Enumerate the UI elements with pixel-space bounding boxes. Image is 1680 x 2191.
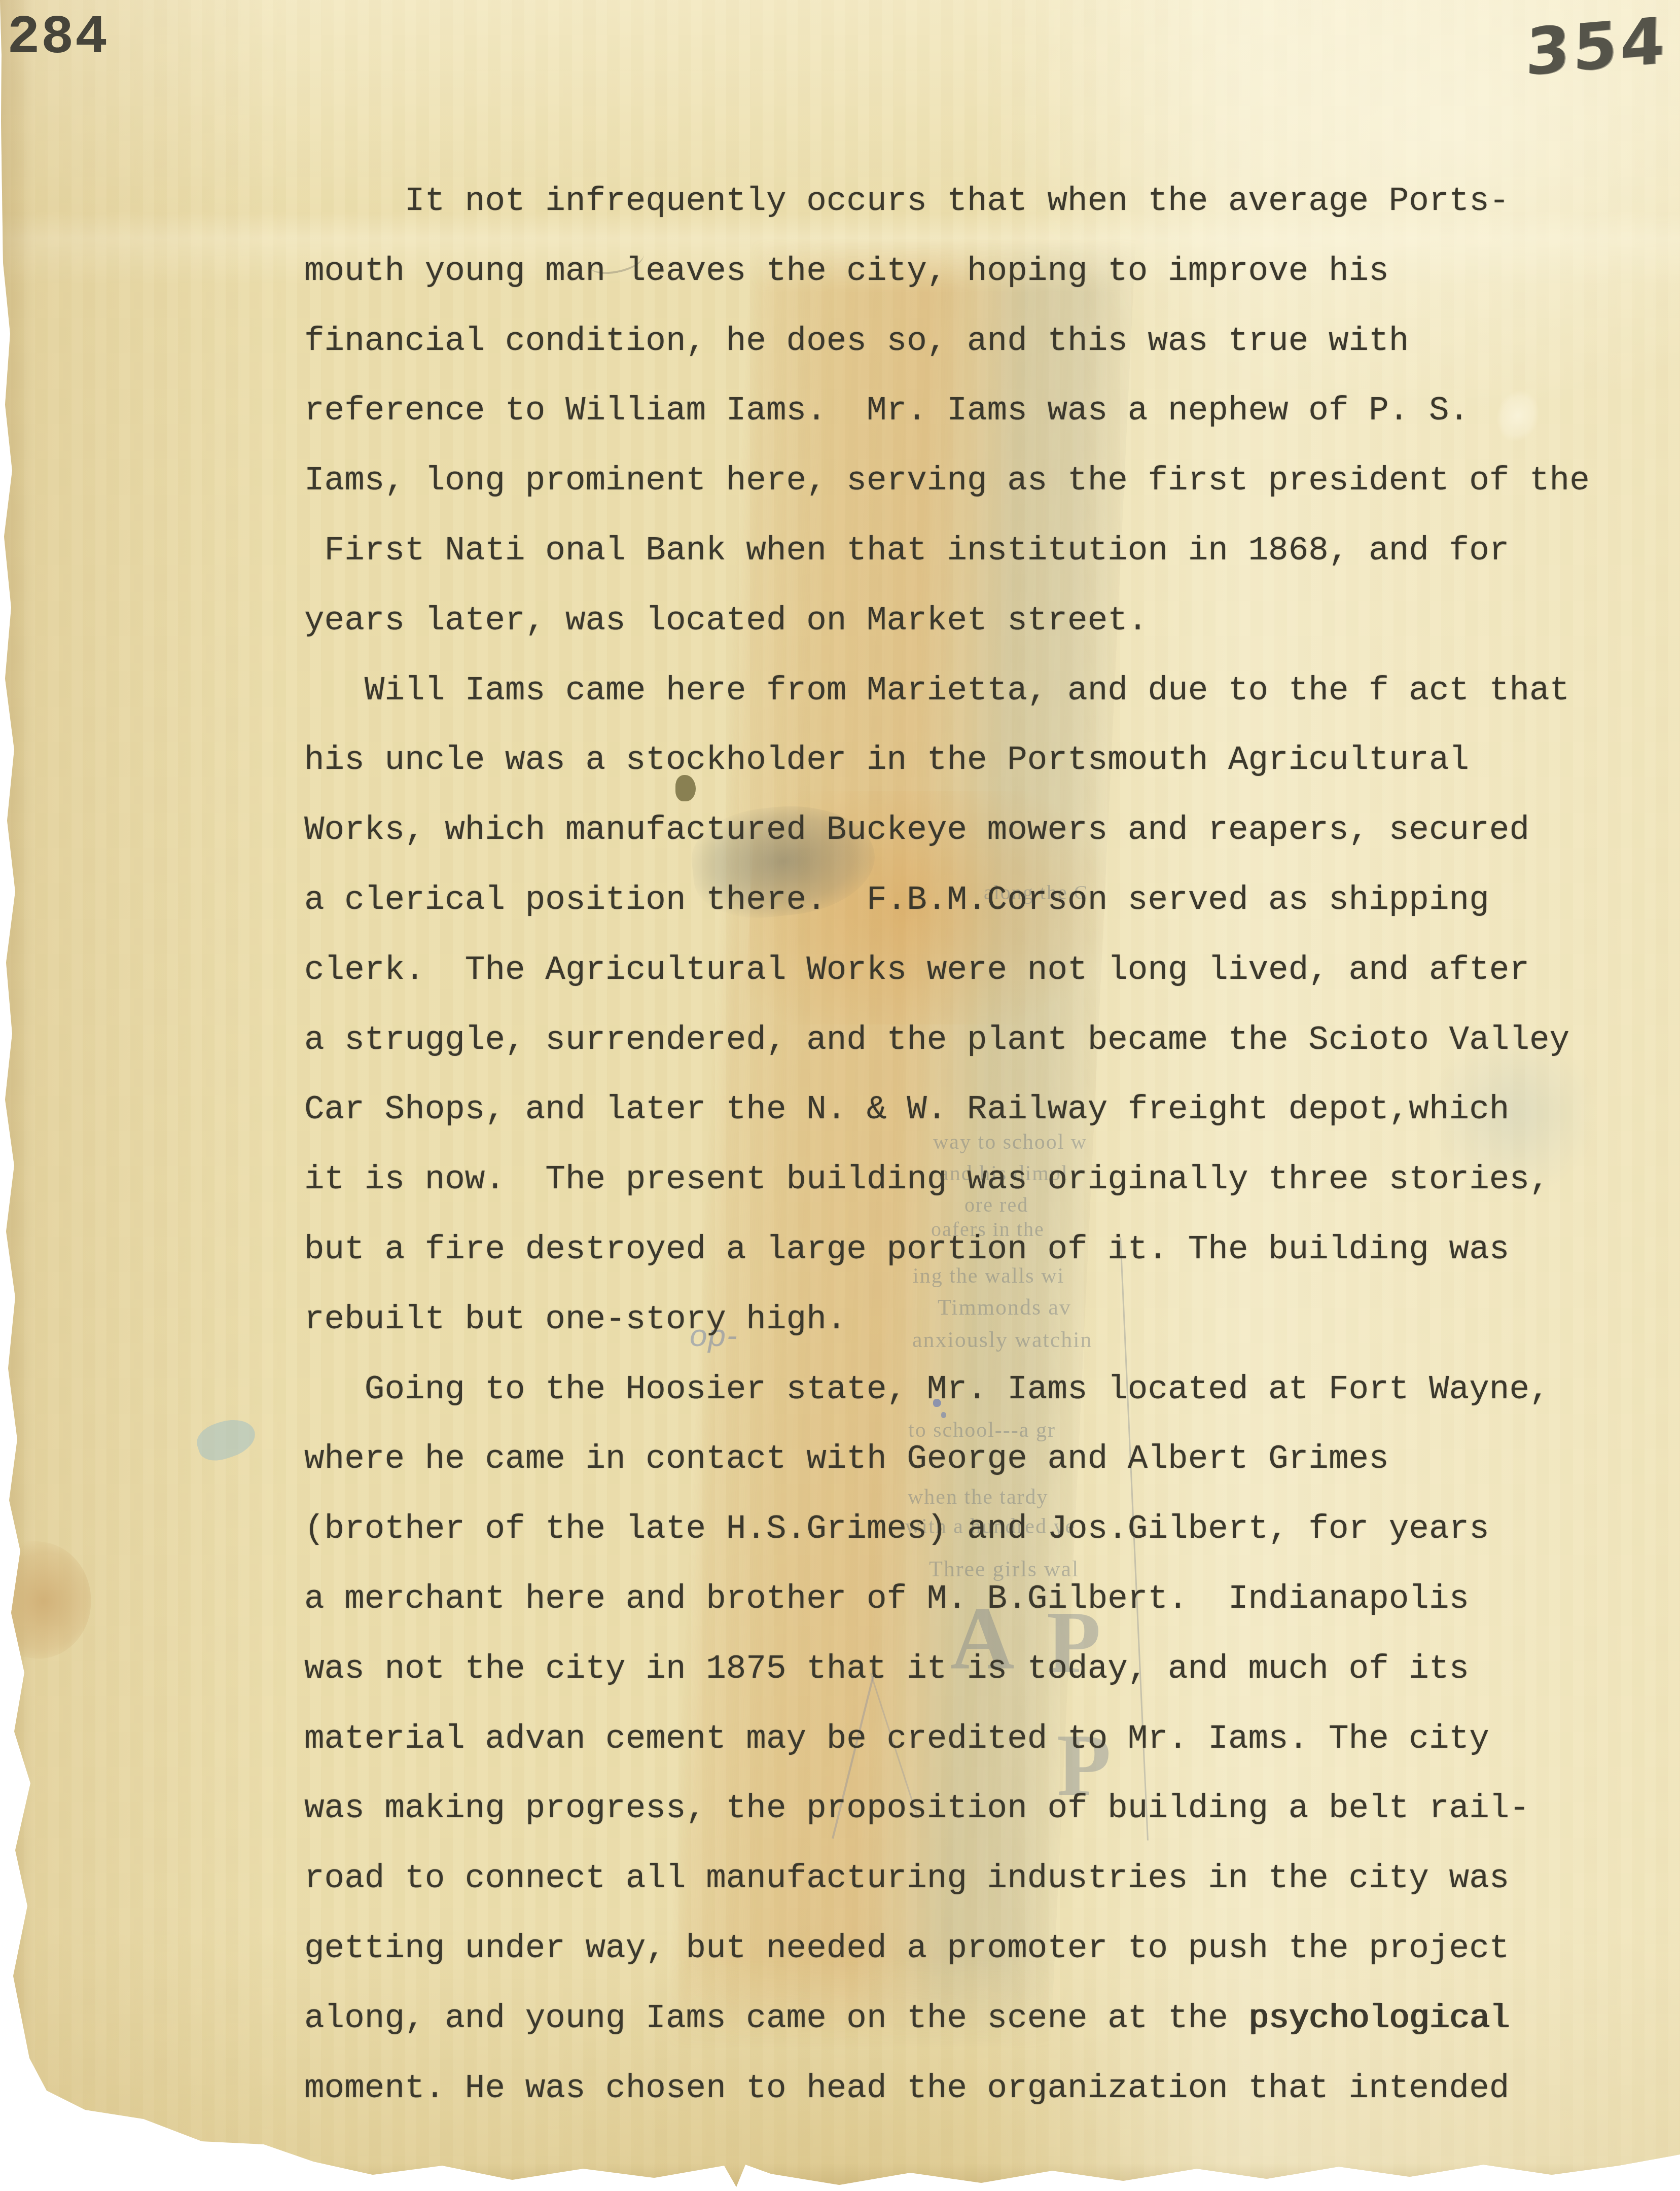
scanned-manuscript-page: along the Cway to school wand his dimplo…: [0, 0, 1680, 2191]
typed-line: along, and young Iams came on the scene …: [304, 1984, 1590, 2054]
printed-page-number: 284: [7, 7, 109, 69]
typed-line: moment. He was chosen to head the organi…: [304, 2054, 1590, 2124]
typed-line: was not the city in 1875 that it is toda…: [304, 1634, 1590, 1704]
typed-line: Works, which manufactured Buckeye mowers…: [304, 795, 1590, 865]
typed-line: Car Shops, and later the N. & W. Railway…: [304, 1075, 1590, 1145]
typed-line: a clerical position there. F.B.M.Corson …: [304, 865, 1590, 935]
typed-line: reference to William Iams. Mr. Iams was …: [304, 376, 1590, 446]
typed-line: a struggle, surrendered, and the plant b…: [304, 1005, 1590, 1075]
typed-line: material advan cement may be credited to…: [304, 1704, 1590, 1774]
typed-line: financial condition, he does so, and thi…: [304, 306, 1590, 376]
typed-line: It not infrequently occurs that when the…: [304, 166, 1590, 236]
typed-line: it is now. The present building was orig…: [304, 1145, 1590, 1215]
torn-edge-shading-left: [0, 0, 35, 2191]
typed-line: was making progress, the proposition of …: [304, 1774, 1590, 1844]
tan-blob-left-edge: [0, 1535, 99, 1666]
typed-line: his uncle was a stockholder in the Ports…: [304, 725, 1590, 795]
typed-line: Will Iams came here from Marietta, and d…: [304, 656, 1590, 726]
typed-line: mouth young man leaves the city, hoping …: [304, 236, 1590, 306]
red-mark-bottom-edge: [26, 2172, 62, 2179]
typed-line: Iams, long prominent here, serving as th…: [304, 446, 1590, 516]
typed-line: rebuilt but one-story high.: [304, 1285, 1590, 1355]
typed-line: First Nati onal Bank when that instituti…: [304, 516, 1590, 586]
torn-edge-shading-bottom: [0, 2163, 1680, 2191]
typed-line: but a fire destroyed a large portion of …: [304, 1215, 1590, 1285]
blue-stain-spot: [193, 1413, 260, 1466]
typed-line: Going to the Hoosier state, Mr. Iams loc…: [304, 1355, 1590, 1425]
handwritten-page-number: 354: [1525, 3, 1668, 90]
overstruck-word: psychological: [1248, 1999, 1510, 2037]
typed-line: years later, was located on Market stree…: [304, 586, 1590, 656]
typed-text-block: It not infrequently occurs that when the…: [304, 166, 1590, 2123]
typed-line: getting under way, but needed a promoter…: [304, 1914, 1590, 1984]
typed-line: (brother of the late H.S.Grimes) and Jos…: [304, 1494, 1590, 1564]
typed-line: where he came in contact with George and…: [304, 1424, 1590, 1494]
typed-line: road to connect all manufacturing indust…: [304, 1844, 1590, 1914]
typed-line: a merchant here and brother of M. B.Gilb…: [304, 1564, 1590, 1634]
paper-sheet: along the Cway to school wand his dimplo…: [0, 0, 1680, 2191]
typed-line: clerk. The Agricultural Works were not l…: [304, 935, 1590, 1005]
